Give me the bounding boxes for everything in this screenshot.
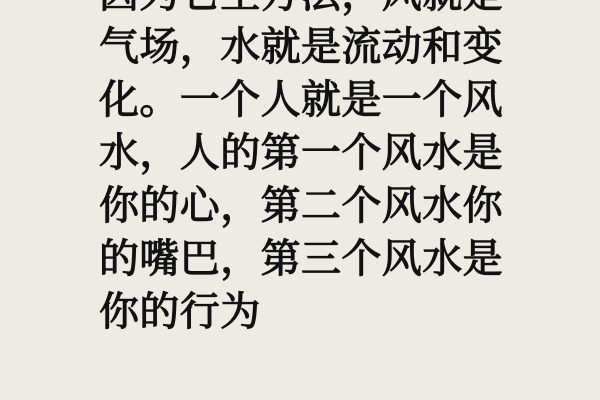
text-line-3: 化。一个人就是一个风 (99, 74, 519, 127)
text-line-7-clipped: 你的行为 (99, 286, 519, 339)
text-line-6: 的嘴巴，第三个风水是 (99, 233, 519, 286)
text-line-4: 水，人的第一个风水是 (99, 127, 519, 180)
text-line-1-clipped: 因为它生方法，风就是 (99, 0, 519, 21)
text-line-2: 气场，水就是流动和变 (99, 21, 519, 74)
article-text: 因为它生方法，风就是 气场，水就是流动和变 化。一个人就是一个风 水，人的第一个… (99, 0, 519, 339)
text-line-5: 你的心，第二个风水你 (99, 180, 519, 233)
document-page: 因为它生方法，风就是 气场，水就是流动和变 化。一个人就是一个风 水，人的第一个… (0, 0, 600, 400)
